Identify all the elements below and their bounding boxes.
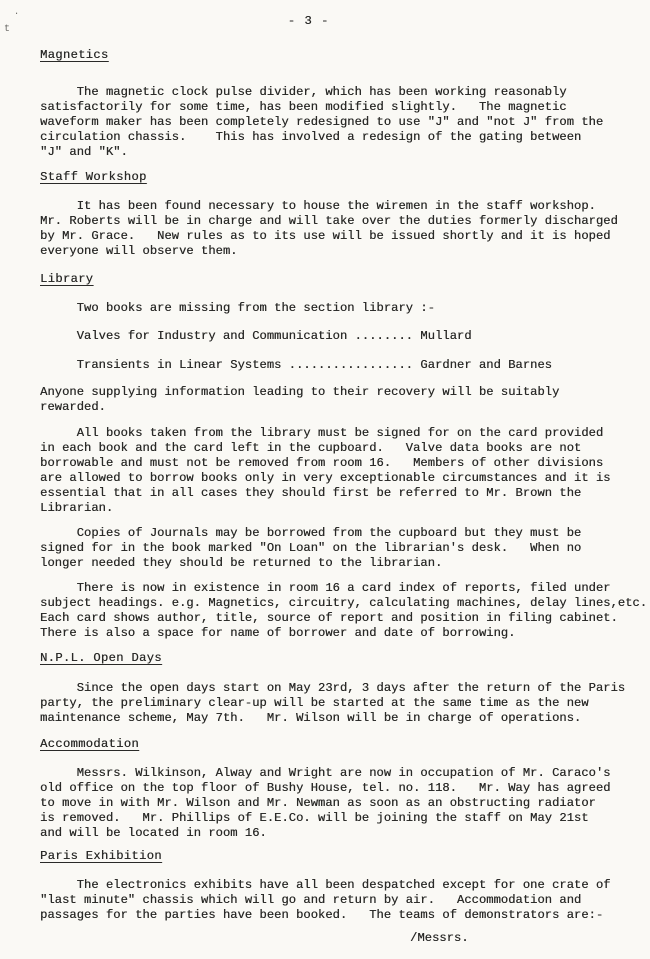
paragraph-library-card-index: There is now in existence in room 16 a c… xyxy=(40,581,647,641)
page-number: - 3 - xyxy=(0,14,617,29)
scanned-document-page: { "page": { "number_label": "- 3 -", "co… xyxy=(0,0,650,959)
section-heading-paris-exhibition: Paris Exhibition xyxy=(40,849,162,864)
section-heading-accommodation: Accommodation xyxy=(40,737,139,752)
paragraph-magnetics: The magnetic clock pulse divider, which … xyxy=(40,85,603,160)
section-heading-npl-open-days: N.P.L. Open Days xyxy=(40,651,162,666)
paragraph-library-rules: All books taken from the library must be… xyxy=(40,426,610,516)
continuation-mark: /Messrs. xyxy=(410,931,469,946)
paragraph-paris-exhibition: The electronics exhibits have all been d… xyxy=(40,878,610,923)
section-heading-staff-workshop: Staff Workshop xyxy=(40,170,147,185)
section-heading-magnetics: Magnetics xyxy=(40,48,109,63)
paragraph-staff-workshop: It has been found necessary to house the… xyxy=(40,199,618,259)
library-missing-book-line: Transients in Linear Systems ...........… xyxy=(40,358,552,373)
section-heading-library: Library xyxy=(40,272,93,287)
paragraph-npl-open-days: Since the open days start on May 23rd, 3… xyxy=(40,681,625,726)
paragraph-library-reward: Anyone supplying information leading to … xyxy=(40,385,559,415)
library-missing-book-line: Valves for Industry and Communication ..… xyxy=(40,329,472,344)
paragraph-library-intro: Two books are missing from the section l… xyxy=(40,301,435,316)
paragraph-library-journals: Copies of Journals may be borrowed from … xyxy=(40,526,581,571)
paragraph-accommodation: Messrs. Wilkinson, Alway and Wright are … xyxy=(40,766,610,841)
